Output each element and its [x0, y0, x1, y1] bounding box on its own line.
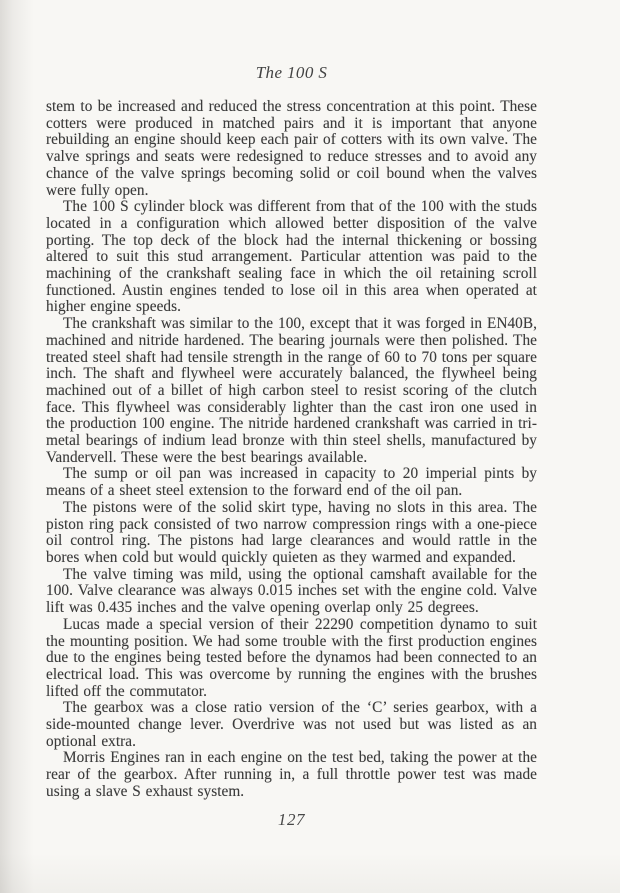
body-paragraph: The gearbox was a close ratio version of…: [46, 700, 537, 750]
body-paragraph: The crankshaft was similar to the 100, e…: [46, 316, 537, 466]
body-paragraph: The valve timing was mild, using the opt…: [46, 567, 537, 617]
body-paragraph: Lucas made a special version of their 22…: [46, 617, 537, 701]
page-gutter-shadow: [0, 0, 34, 893]
body-paragraph: stem to be increased and reduced the str…: [46, 99, 537, 199]
scanned-book-page: The 100 S stem to be increased and reduc…: [0, 0, 620, 893]
body-paragraph: The sump or oil pan was increased in cap…: [46, 466, 537, 499]
running-header-title: The 100 S: [46, 63, 537, 83]
page-body: stem to be increased and reduced the str…: [46, 99, 537, 801]
body-paragraph: The pistons were of the solid skirt type…: [46, 500, 537, 567]
page-number: 127: [46, 810, 537, 830]
page-bottom-shade: [0, 853, 620, 893]
body-paragraph: The 100 S cylinder block was different f…: [46, 199, 537, 316]
body-paragraph: Morris Engines ran in each engine on the…: [46, 750, 537, 800]
